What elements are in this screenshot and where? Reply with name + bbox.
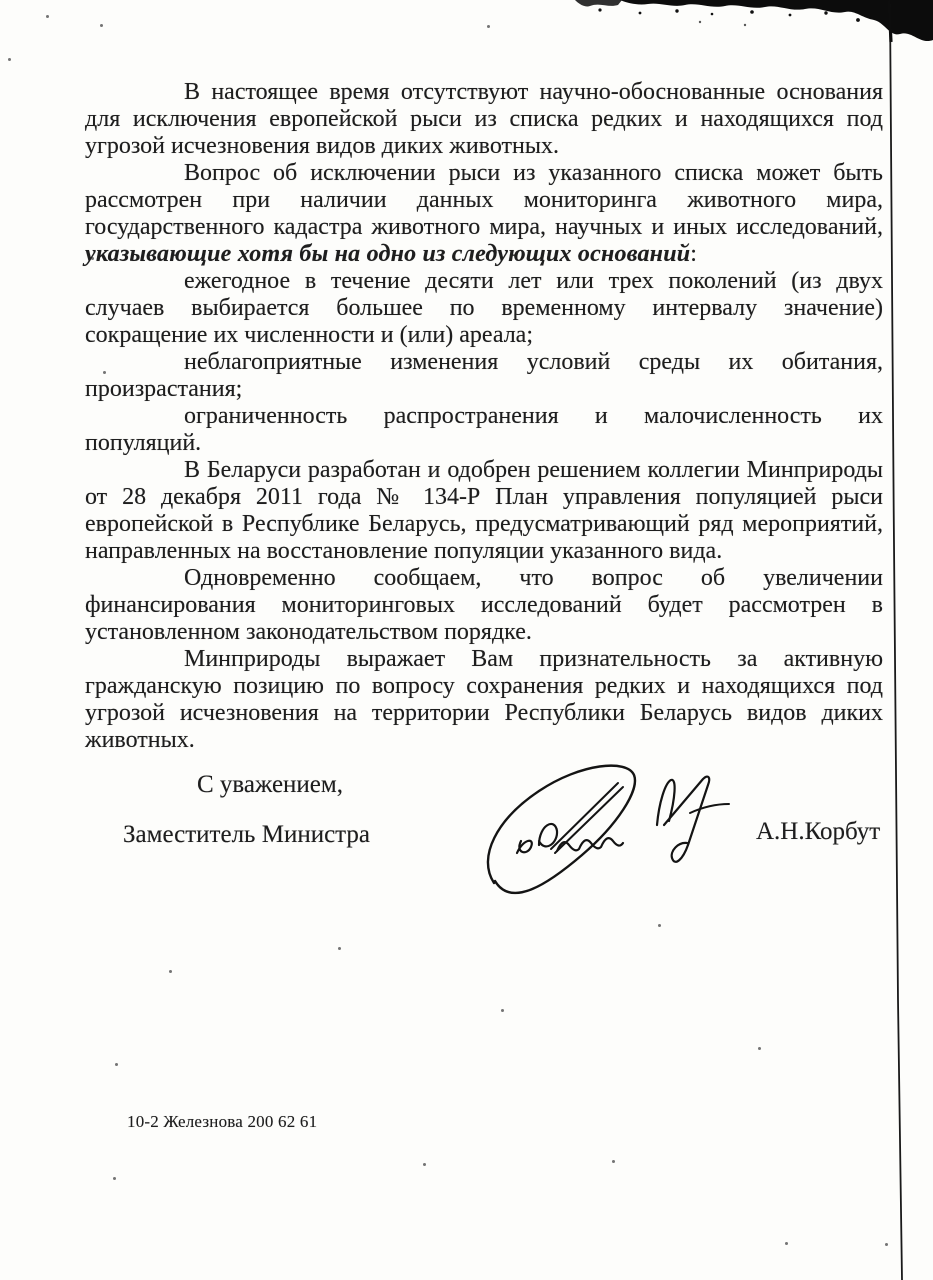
scan-speck — [8, 58, 11, 61]
scan-speck — [100, 24, 103, 27]
letter-body: В настоящее время отсутствуют научно-обо… — [85, 79, 883, 754]
signer-name: А.Н.Корбут — [756, 818, 880, 846]
paragraph-text: Минприроды выражает Вам признательность … — [85, 646, 883, 753]
paragraph-text: ограниченность распространения и малочис… — [85, 403, 883, 456]
letter-paragraph: ограниченность распространения и малочис… — [85, 403, 883, 457]
scan-speck — [338, 947, 341, 950]
paragraph-text: ежегодное в течение десяти лет или трех … — [85, 268, 883, 348]
letter-paragraph: В настоящее время отсутствуют научно-обо… — [85, 79, 883, 160]
scan-speck — [758, 1047, 761, 1050]
paragraph-text: Вопрос об исключении рыси из указанного … — [85, 160, 883, 240]
scan-speck — [487, 25, 490, 28]
scan-speck — [46, 15, 49, 18]
letter-paragraph: В Беларуси разработан и одобрен решением… — [85, 457, 883, 565]
scan-speck — [169, 970, 172, 973]
scan-smudge-icon — [560, 0, 933, 48]
scan-speck — [423, 1163, 426, 1166]
signer-title: Заместитель Министра — [123, 821, 370, 849]
letter-paragraph: ежегодное в течение десяти лет или трех … — [85, 268, 883, 349]
scan-speck — [113, 1177, 116, 1180]
paragraph-text: : — [690, 241, 697, 267]
paragraph-text-emphasis: указывающие хотя бы на одно из следующих… — [85, 241, 690, 267]
scan-speck — [115, 1063, 118, 1066]
scan-speck — [658, 924, 661, 927]
scan-speck — [501, 1009, 504, 1012]
letter-paragraph: Минприроды выражает Вам признательность … — [85, 646, 883, 754]
scan-speck — [612, 1160, 615, 1163]
letter-paragraph: Одновременно сообщаем, что вопрос об уве… — [85, 565, 883, 646]
closing-salutation: С уважением, — [197, 771, 343, 799]
paragraph-text: В Беларуси разработан и одобрен решением… — [85, 457, 883, 564]
scan-speck — [91, 257, 94, 260]
scanned-letter-page: В настоящее время отсутствуют научно-обо… — [0, 0, 933, 1280]
footer-reference: 10-2 Железнова 200 62 61 — [127, 1112, 317, 1132]
scan-speck — [885, 1243, 888, 1246]
letter-paragraph: неблагоприятные изменения условий среды … — [85, 349, 883, 403]
paragraph-text: В настоящее время отсутствуют научно-обо… — [85, 79, 883, 159]
paragraph-text: Одновременно сообщаем, что вопрос об уве… — [85, 565, 883, 645]
signature-icon — [473, 755, 743, 915]
scan-speck — [785, 1242, 788, 1245]
scan-speck — [103, 371, 106, 374]
letter-paragraph: Вопрос об исключении рыси из указанного … — [85, 160, 883, 268]
paragraph-text: неблагоприятные изменения условий среды … — [85, 349, 883, 402]
